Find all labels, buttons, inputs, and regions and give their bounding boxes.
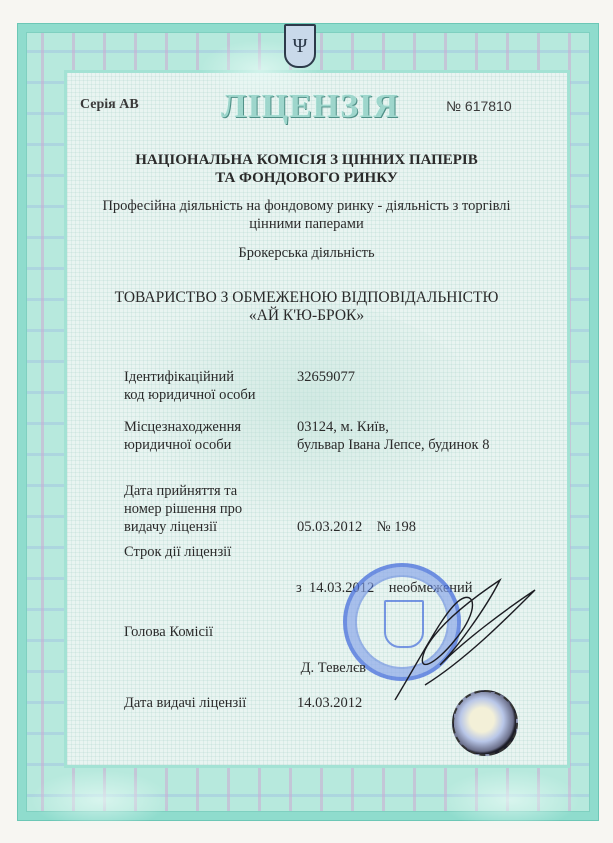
series-label: Серія АВ xyxy=(80,97,139,113)
field-label-validity: Строк дії ліцензії xyxy=(124,543,274,561)
field-value-id-code: 32659077 xyxy=(297,368,537,386)
text-line: ТОВАРИСТВО З ОБМЕЖЕНОЮ ВІДПОВІДАЛЬНІСТЮ xyxy=(60,289,553,307)
field-value-location: 03124, м. Київ,бульвар Івана Лепсе, буди… xyxy=(297,418,537,454)
text-line: 05.03.2012 № 198 xyxy=(297,518,537,536)
field-label-issue-date: Дата видачі ліцензії xyxy=(124,694,274,712)
text-line: бульвар Івана Лепсе, будинок 8 xyxy=(297,436,537,454)
issuer-name: НАЦІОНАЛЬНА КОМІСІЯ З ЦІННИХ ПАПЕРІВ ТА … xyxy=(60,151,553,187)
document-title: ЛІЦЕНЗІЯ xyxy=(220,88,400,126)
text-line: цінними паперами xyxy=(60,215,553,233)
text-line: «АЙ К'Ю-БРОК» xyxy=(60,307,553,325)
field-label-location: Місцезнаходженняюридичної особи xyxy=(124,418,274,454)
text-line: НАЦІОНАЛЬНА КОМІСІЯ З ЦІННИХ ПАПЕРІВ xyxy=(60,151,553,169)
text-line: Ідентифікаційний xyxy=(124,368,274,386)
text-line: номер рішення про xyxy=(124,500,274,518)
field-label-chairman: Голова Комісії xyxy=(124,623,274,641)
text-line: Голова Комісії xyxy=(124,623,274,641)
document-number: № 617810 xyxy=(446,98,512,114)
text-line: Дата прийняття та xyxy=(124,482,274,500)
text-line: Місцезнаходження xyxy=(124,418,274,436)
handwritten-signature xyxy=(385,570,545,710)
bottom-right-ornament xyxy=(440,770,580,830)
text-line: Дата видачі ліцензії xyxy=(124,694,274,712)
subactivity: Брокерська діяльність xyxy=(60,245,553,262)
bottom-left-ornament xyxy=(30,770,170,830)
text-line: Строк дії ліцензії xyxy=(124,543,274,561)
field-label-id-code: Ідентифікаційнийкод юридичної особи xyxy=(124,368,274,404)
text-line: 03124, м. Київ, xyxy=(297,418,537,436)
text-line: юридичної особи xyxy=(124,436,274,454)
text-line: ТА ФОНДОВОГО РИНКУ xyxy=(60,169,553,187)
security-hologram xyxy=(452,690,518,756)
company-name: ТОВАРИСТВО З ОБМЕЖЕНОЮ ВІДПОВІДАЛЬНІСТЮ … xyxy=(60,289,553,325)
text-line: код юридичної особи xyxy=(124,386,274,404)
activity-description: Професійна діяльність на фондовому ринку… xyxy=(60,197,553,233)
text-line: Професійна діяльність на фондовому ринку… xyxy=(60,197,553,215)
text-line: 32659077 xyxy=(297,368,537,386)
field-label-decision: Дата прийняття таномер рішення провидачу… xyxy=(124,482,274,536)
trident-icon: Ψ xyxy=(284,24,316,68)
text-line: видачу ліцензії xyxy=(124,518,274,536)
